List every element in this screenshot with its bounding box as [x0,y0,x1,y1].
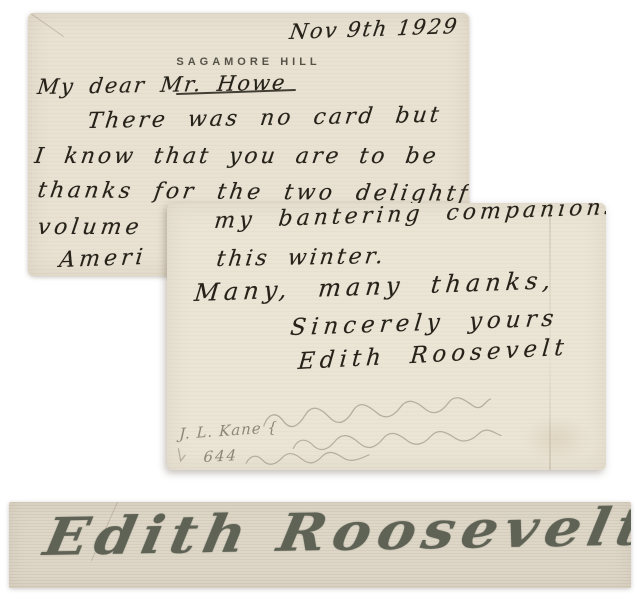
handwritten-line-partial: volume [36,215,144,240]
handwritten-line: Many, many thanks, [193,266,557,307]
pencil-scrawl [243,447,374,470]
signature-line: Edith Roosevelt [297,335,570,375]
pencil-check-mark [174,447,187,466]
letter-photo: Nov 9th 1929 SAGAMORE HILL My dear Mr. H… [0,0,637,600]
handwritten-line: my bantering companions [213,203,606,234]
pencil-note: 644 [203,446,239,466]
letter-date: Nov 9th 1929 [288,14,460,44]
handwritten-line: I know that you are to be [33,144,440,169]
pencil-note: J. L. Kane { [179,418,278,443]
letter-page-2: my bantering companions this winter. Man… [167,203,606,470]
letterhead: SAGAMORE HILL [28,56,469,68]
handwritten-line: this winter. [215,244,387,272]
edith-roosevelt-signature: Edith Roosevelt [39,502,631,568]
handwritten-line-partial: Ameri [58,245,148,273]
salutation-line: My dear Mr. Howe [36,71,288,99]
signature-strip: Edith Roosevelt [9,502,631,588]
handwritten-line: There was no card but [86,103,443,134]
closing-line: Sincerely yours [289,306,560,341]
